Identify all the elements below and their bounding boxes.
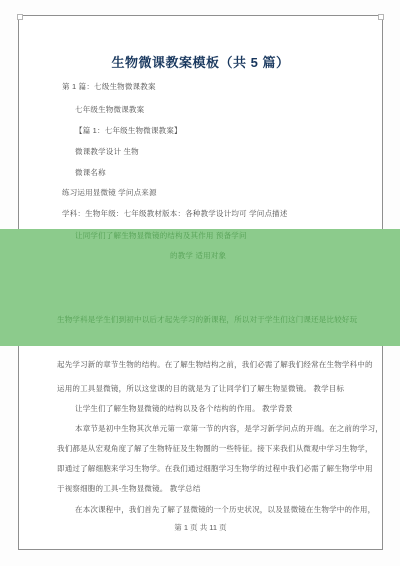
corner-mark-icon [17,14,23,20]
document-line: 起先学习新的章节生物的结构。在了解生物结构之前，我们必需了解我们经常在生物学科中… [57,360,373,370]
document-line: 微课名称 [75,168,106,178]
corner-mark-icon [378,14,384,20]
document-line: 练习运用显微镜 学问点来源 [62,188,157,198]
document-line: 【篇 1：七年级生物微课教案】 [75,126,182,136]
document-line: 在本次课程中，我们首先了解了显微镜的一个历史状况，以及显微镜在生物学中的作用， [75,505,375,515]
page-footer: 第 1 页 共 11 页 [18,522,383,533]
highlight-overlay-band: 让同学们了解生物显微镜的结构及其作用 预备学问的教学 适用对象生物学科是学生们到… [0,229,400,346]
page-title: 生物微课教案模板（共 5 篇） [18,52,383,71]
document-line: 本章节是初中生物其次单元第一章第一节的内容，是学习新学问点的开端。在之前的学习， [75,424,383,434]
document-line: 七年级生物微课教案 [75,105,144,115]
document-line: 我们都是从宏观角度了解了生物特征及生物圈的一些特征。接下来我们从微观中学习生物学… [57,444,373,454]
overlay-faint-line: 让同学们了解生物显微镜的结构及其作用 预备学问 [75,231,247,241]
document-viewer: 生物微课教案模板（共 5 篇） 第 1 篇：七级生物微课教案七年级生物微课教案【… [0,0,400,566]
document-line: 于视察细胞的工具-生物显微镜。 教学总结 [57,484,201,494]
document-line: 运用的工具显微镜，所以这堂课的目的就是为了让同学们了解生物显微镜。 教学目标 [57,384,344,394]
document-line: 学科：生物年级：七年级教材版本：各种教学设计均可 学问点描述 [62,209,288,219]
document-line: 让学生们了解生物显微镜的结构以及各个结构的作用。 教学背景 [75,404,293,414]
overlay-faint-line: 的教学 适用对象 [170,251,226,261]
document-line: 第 1 篇：七级生物微课教案 [62,82,156,92]
overlay-faint-line: 生物学科是学生们到初中以后才起先学习的新课程，所以对于学生们这门课还是比较好玩 [57,315,357,325]
document-line: 即通过了解细胞来学习生物学。在我们通过细胞学习生物学的过程中我们必需了解生物学中… [57,464,373,474]
document-line: 微课教学设计 生物 [75,147,139,157]
